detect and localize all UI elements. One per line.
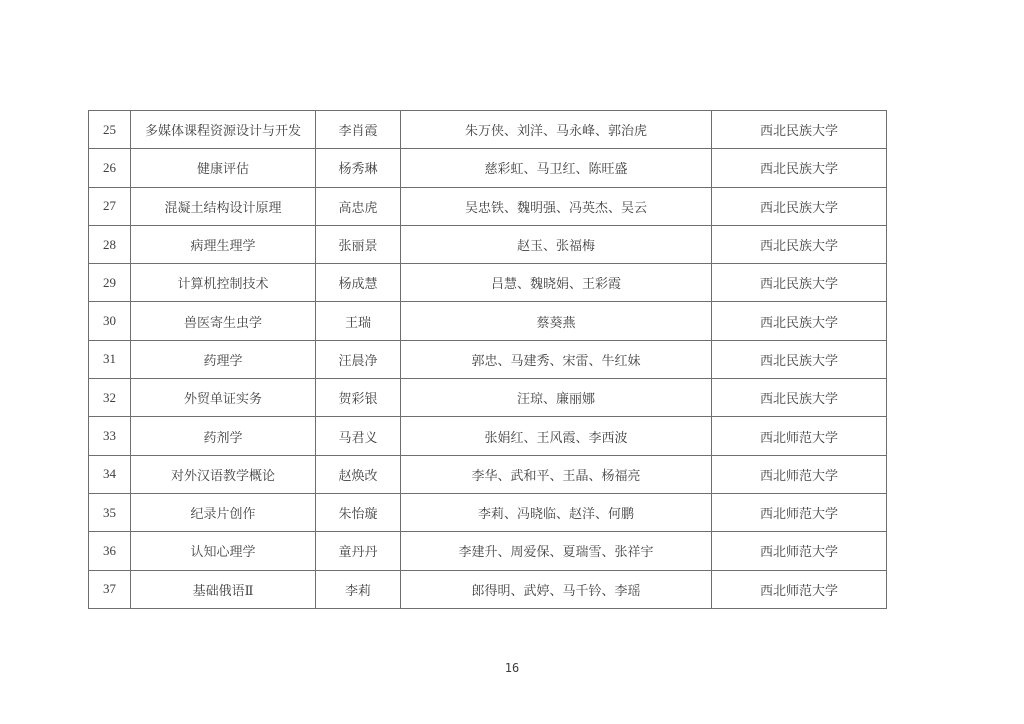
teacher-name: 李肖霞 [316,111,401,149]
course-name: 混凝土结构设计原理 [131,187,316,225]
university-name: 西北民族大学 [712,264,887,302]
teacher-name: 贺彩银 [316,379,401,417]
team-members: 张娟红、王风霞、李西波 [401,417,712,455]
table-row: 29 计算机控制技术 杨成慧 吕慧、魏晓娟、王彩霞 西北民族大学 [89,264,887,302]
row-number: 34 [89,455,131,493]
row-number: 37 [89,570,131,608]
table-row: 28 病理生理学 张丽景 赵玉、张福梅 西北民族大学 [89,225,887,263]
course-name: 多媒体课程资源设计与开发 [131,111,316,149]
team-members: 汪琼、廉丽娜 [401,379,712,417]
teacher-name: 李莉 [316,570,401,608]
teacher-name: 朱怡璇 [316,493,401,531]
university-name: 西北民族大学 [712,187,887,225]
university-name: 西北民族大学 [712,111,887,149]
course-name: 病理生理学 [131,225,316,263]
table-row: 30 兽医寄生虫学 王瑞 蔡葵燕 西北民族大学 [89,302,887,340]
page-number: 16 [0,661,1024,675]
team-members: 吴忠铁、魏明强、冯英杰、吴云 [401,187,712,225]
team-members: 郭忠、马建秀、宋雷、牛红妹 [401,340,712,378]
row-number: 29 [89,264,131,302]
course-name: 药剂学 [131,417,316,455]
team-members: 郎得明、武婷、马千钤、李瑶 [401,570,712,608]
university-name: 西北师范大学 [712,455,887,493]
teacher-name: 汪晨净 [316,340,401,378]
course-name: 外贸单证实务 [131,379,316,417]
table-row: 35 纪录片创作 朱怡璇 李莉、冯晓临、赵洋、何鹏 西北师范大学 [89,493,887,531]
row-number: 30 [89,302,131,340]
university-name: 西北师范大学 [712,417,887,455]
row-number: 28 [89,225,131,263]
university-name: 西北师范大学 [712,570,887,608]
course-name: 计算机控制技术 [131,264,316,302]
team-members: 朱万侠、刘洋、马永峰、郭治虎 [401,111,712,149]
university-name: 西北师范大学 [712,532,887,570]
table-row: 36 认知心理学 童丹丹 李建升、周爱保、夏瑞雪、张祥宇 西北师范大学 [89,532,887,570]
university-name: 西北民族大学 [712,302,887,340]
row-number: 26 [89,149,131,187]
teacher-name: 王瑞 [316,302,401,340]
course-name: 基础俄语Ⅱ [131,570,316,608]
row-number: 36 [89,532,131,570]
teacher-name: 张丽景 [316,225,401,263]
team-members: 吕慧、魏晓娟、王彩霞 [401,264,712,302]
course-name: 对外汉语教学概论 [131,455,316,493]
table-row: 27 混凝土结构设计原理 高忠虎 吴忠铁、魏明强、冯英杰、吴云 西北民族大学 [89,187,887,225]
table-row: 37 基础俄语Ⅱ 李莉 郎得明、武婷、马千钤、李瑶 西北师范大学 [89,570,887,608]
teacher-name: 杨秀琳 [316,149,401,187]
team-members: 慈彩虹、马卫红、陈旺盛 [401,149,712,187]
row-number: 32 [89,379,131,417]
teacher-name: 赵焕改 [316,455,401,493]
teacher-name: 童丹丹 [316,532,401,570]
course-name: 药理学 [131,340,316,378]
team-members: 赵玉、张福梅 [401,225,712,263]
university-name: 西北民族大学 [712,340,887,378]
course-name: 认知心理学 [131,532,316,570]
row-number: 35 [89,493,131,531]
course-name: 健康评估 [131,149,316,187]
course-name: 兽医寄生虫学 [131,302,316,340]
row-number: 31 [89,340,131,378]
row-number: 27 [89,187,131,225]
team-members: 李华、武和平、王晶、杨福亮 [401,455,712,493]
row-number: 33 [89,417,131,455]
university-name: 西北师范大学 [712,493,887,531]
university-name: 西北民族大学 [712,379,887,417]
team-members: 李建升、周爱保、夏瑞雪、张祥宇 [401,532,712,570]
table-row: 26 健康评估 杨秀琳 慈彩虹、马卫红、陈旺盛 西北民族大学 [89,149,887,187]
teacher-name: 马君义 [316,417,401,455]
table-row: 32 外贸单证实务 贺彩银 汪琼、廉丽娜 西北民族大学 [89,379,887,417]
teacher-name: 杨成慧 [316,264,401,302]
course-name: 纪录片创作 [131,493,316,531]
table-row: 33 药剂学 马君义 张娟红、王风霞、李西波 西北师范大学 [89,417,887,455]
team-members: 李莉、冯晓临、赵洋、何鹏 [401,493,712,531]
table-row: 34 对外汉语教学概论 赵焕改 李华、武和平、王晶、杨福亮 西北师范大学 [89,455,887,493]
row-number: 25 [89,111,131,149]
course-list-table: 25 多媒体课程资源设计与开发 李肖霞 朱万侠、刘洋、马永峰、郭治虎 西北民族大… [88,110,887,609]
university-name: 西北民族大学 [712,225,887,263]
team-members: 蔡葵燕 [401,302,712,340]
table-row: 25 多媒体课程资源设计与开发 李肖霞 朱万侠、刘洋、马永峰、郭治虎 西北民族大… [89,111,887,149]
university-name: 西北民族大学 [712,149,887,187]
table-row: 31 药理学 汪晨净 郭忠、马建秀、宋雷、牛红妹 西北民族大学 [89,340,887,378]
teacher-name: 高忠虎 [316,187,401,225]
